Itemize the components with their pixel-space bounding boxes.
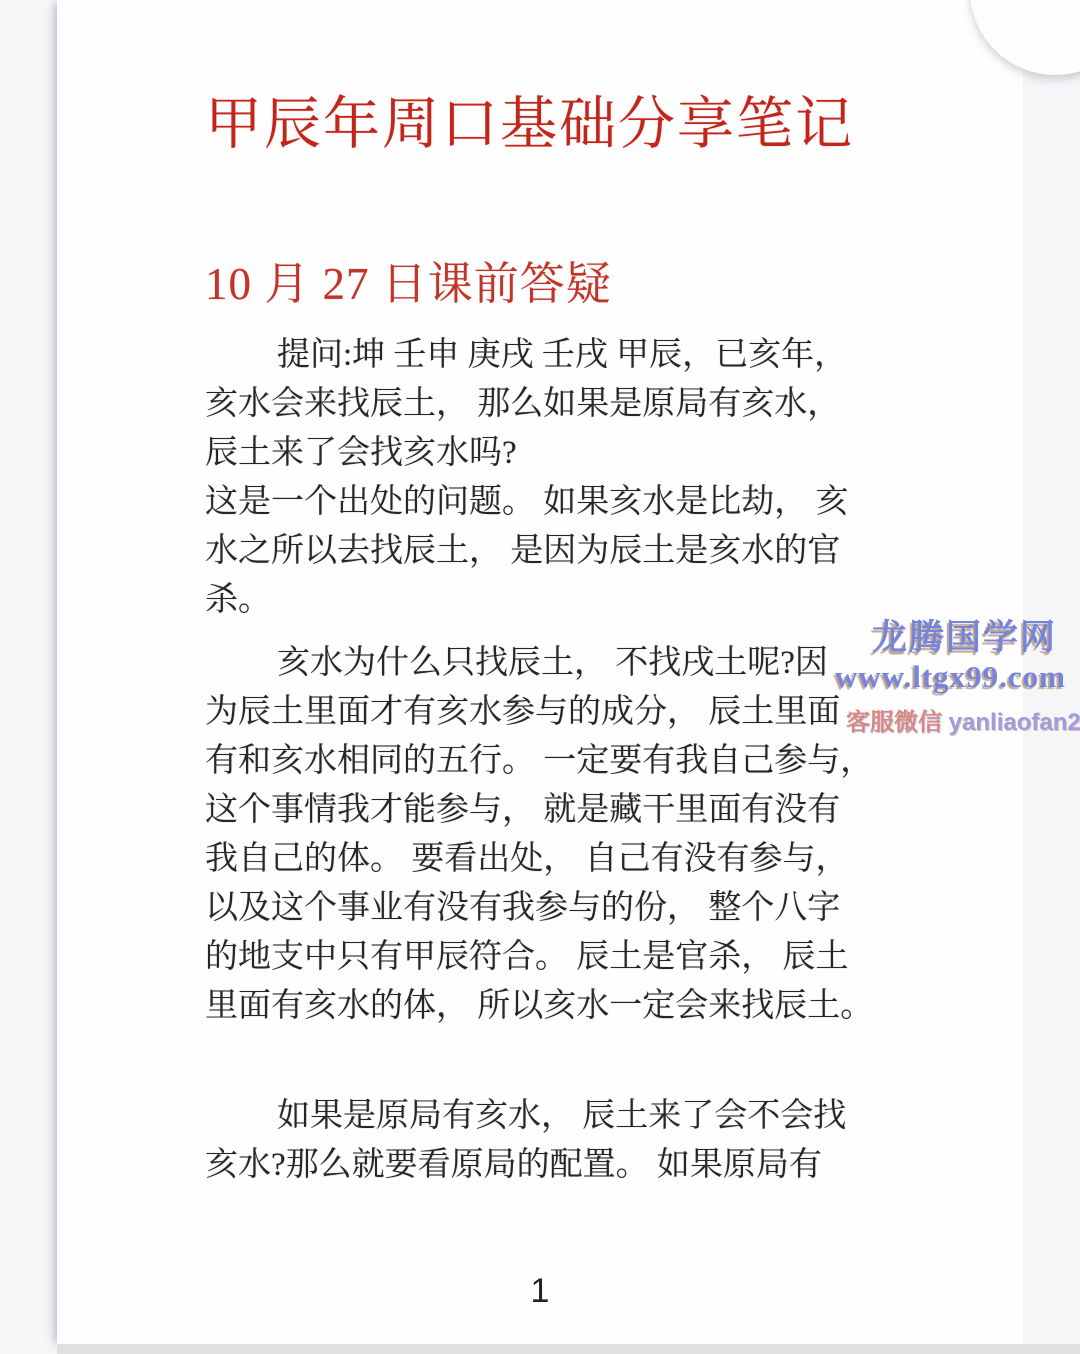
paragraph: 如果是原局有亥水， 辰土来了会不会找亥水?那么就要看原局的配置。 如果原局有 (205, 1092, 995, 1190)
document-page: 甲辰年周口基础分享笔记 10 月 27 日课前答疑 提问:坤 壬申 庚戌 壬戌 … (57, 0, 1023, 1346)
body-line: 这个事情我才能参与， 就是藏干里面有没有 (205, 786, 995, 835)
body-line: 亥水会来找辰土， 那么如果是原局有亥水， (205, 380, 995, 429)
body-line: 这是一个出处的问题。 如果亥水是比劫， 亥 (205, 478, 995, 527)
section-heading: 10 月 27 日课前答疑 (205, 260, 612, 310)
body-line: 如果是原局有亥水， 辰土来了会不会找 (205, 1092, 995, 1141)
document-viewer: 甲辰年周口基础分享笔记 10 月 27 日课前答疑 提问:坤 壬申 庚戌 壬戌 … (0, 0, 1080, 1354)
body-line: 水之所以去找辰土， 是因为辰土是亥水的官 (205, 527, 995, 576)
body-line: 我自己的体。 要看出处， 自己有没有参与， (205, 835, 995, 884)
body-line: 亥水?那么就要看原局的配置。 如果原局有 (205, 1141, 995, 1190)
body-line: 里面有亥水的体， 所以亥水一定会来找辰土。 (205, 982, 995, 1031)
body-line: 的地支中只有甲辰符合。 辰土是官杀， 辰土 (205, 933, 995, 982)
paragraph: 亥水为什么只找辰土， 不找戌土呢?因为辰土里面才有亥水参与的成分， 辰土里面有和… (205, 639, 995, 1031)
viewer-bottom-bar (57, 1344, 1080, 1354)
body-line: 辰土来了会找亥水吗? (205, 429, 995, 478)
body-line: 为辰土里面才有亥水参与的成分， 辰土里面 (205, 688, 995, 737)
body-line: 提问:坤 壬申 庚戌 壬戌 甲辰，已亥年， (205, 331, 995, 380)
body-line: 以及这个事业有没有我参与的份， 整个八字 (205, 884, 995, 933)
viewer-left-margin (0, 0, 57, 1354)
body-line: 有和亥水相同的五行。 一定要有我自己参与， (205, 737, 995, 786)
page-title: 甲辰年周口基础分享笔记 (205, 92, 854, 158)
paragraph: 这是一个出处的问题。 如果亥水是比劫， 亥水之所以去找辰土， 是因为辰土是亥水的… (205, 478, 995, 625)
paragraph: 提问:坤 壬申 庚戌 壬戌 甲辰，已亥年，亥水会来找辰土， 那么如果是原局有亥水… (205, 331, 995, 478)
body-line: 杀。 (205, 576, 995, 625)
page-number: 1 (57, 1272, 1023, 1311)
body-line: 亥水为什么只找辰土， 不找戌土呢?因 (205, 639, 995, 688)
body-text: 提问:坤 壬申 庚戌 壬戌 甲辰，已亥年，亥水会来找辰土， 那么如果是原局有亥水… (205, 331, 995, 1190)
